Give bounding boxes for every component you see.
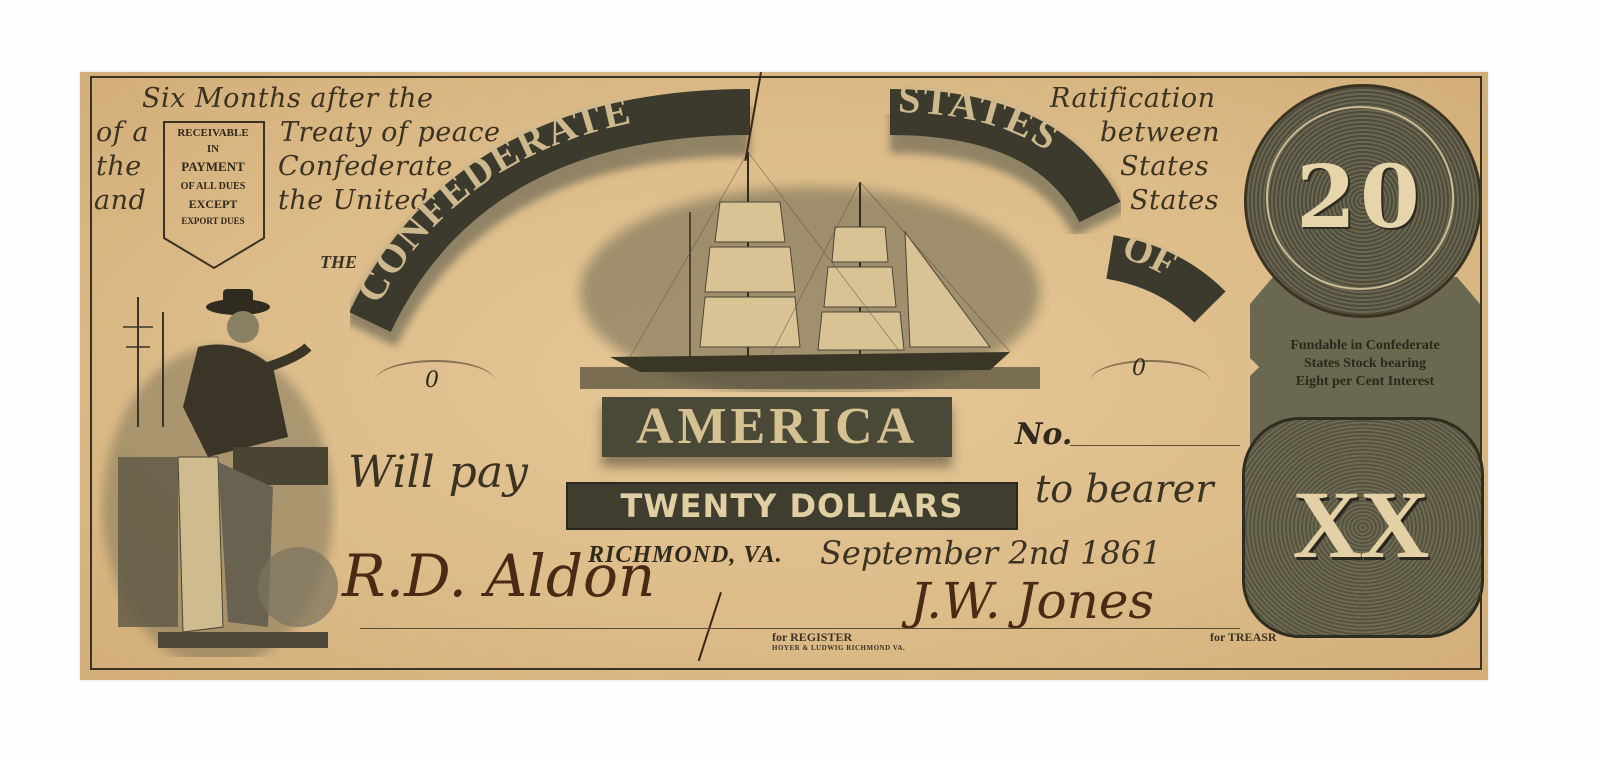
shield-line: EXCEPT xyxy=(163,197,263,212)
fundable-line: Fundable in Confederate xyxy=(1250,337,1480,355)
treasurer-signature: J.W. Jones xyxy=(910,572,1154,630)
shield-line: EXPORT DUES xyxy=(163,216,263,226)
shield-line: OF ALL DUES xyxy=(163,181,263,192)
register-label: for REGISTER xyxy=(772,630,852,645)
sailing-ship-vignette xyxy=(570,122,1050,392)
serial-marker-left: 0 xyxy=(425,368,439,393)
receivable-shield: RECEIVABLE IN PAYMENT OF ALL DUES EXCEPT… xyxy=(163,121,263,272)
shield-line: IN xyxy=(163,143,263,155)
serial-marker-right: 0 xyxy=(1132,356,1146,381)
to-bearer-text: to bearer xyxy=(1035,467,1214,511)
will-pay-text: Will pay xyxy=(348,447,528,498)
denomination-roman: XX xyxy=(1242,417,1478,632)
promise-and: and xyxy=(94,186,146,216)
number-line xyxy=(1070,445,1240,446)
date-text: September 2nd 1861 xyxy=(820,534,1161,572)
promise-of-a: of a xyxy=(96,118,149,148)
word-america: AMERICA xyxy=(602,397,952,457)
flourish xyxy=(1090,360,1210,402)
promise-the: the xyxy=(96,152,142,182)
denomination-numeral: 20 xyxy=(1244,84,1476,312)
shield-line: RECEIVABLE xyxy=(163,127,263,139)
number-label: No. xyxy=(1015,417,1072,452)
printer-imprint: HOYER & LUDWIG RICHMOND VA. xyxy=(772,644,905,652)
register-signature: R.D. Aldon xyxy=(342,542,655,610)
fundable-line: States Stock bearing xyxy=(1250,355,1480,373)
fundable-line: Eight per Cent Interest xyxy=(1250,373,1480,391)
fundable-text: Fundable in Confederate States Stock bea… xyxy=(1250,337,1480,391)
sailor-vignette xyxy=(98,287,338,657)
treasurer-label: for TREASR xyxy=(1210,630,1277,645)
denomination-words: TWENTY DOLLARS xyxy=(566,482,1018,530)
banknote: Six Months after the of a the and Treaty… xyxy=(80,72,1488,680)
signature-line xyxy=(360,628,1240,629)
shield-line: PAYMENT xyxy=(163,159,263,175)
